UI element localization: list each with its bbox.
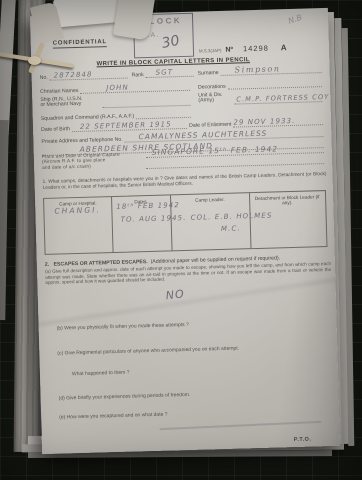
handwritten-date-of-enlistment: 29 NOV 1933. — [233, 117, 295, 127]
handwritten-dates-line2: TO. AUG 1945. — [121, 214, 187, 224]
dotted-line — [146, 156, 324, 169]
document-photo: CONFIDENTIAL BLOCK Nº B.A. 30 M.S.3(JAP)… — [0, 0, 362, 480]
handwritten-unit: C.M.P. FORTRESS COY — [236, 93, 329, 104]
question-d: (d) Give briefly your experiences during… — [59, 392, 191, 402]
field-label: Decorations — [198, 84, 228, 91]
handwritten-answer-no: NO — [165, 287, 185, 302]
table-header-camp-leader: Camp Leader. — [171, 196, 250, 204]
handwritten-camp-leader-line2: M.C. — [221, 224, 241, 233]
field-christian-names: Christian Names JOHN — [40, 83, 190, 95]
questionnaire-page: CONFIDENTIAL BLOCK Nº B.A. 30 M.S.3(JAP)… — [30, 8, 340, 454]
form-reference: M.S.3(JAP)Nº14298A — [199, 37, 287, 57]
field-label: Date of Enlistment — [189, 122, 234, 129]
ship-label-line2: or Merchant Navy — [40, 101, 81, 108]
dotted-line — [228, 79, 322, 90]
field-capture-label: Place and Date of Original Capture (Airc… — [42, 151, 146, 170]
camps-table: Camp or Hospital. Dates. Camp Leader. De… — [43, 190, 327, 255]
handwritten-rank: SGT — [156, 68, 174, 76]
pencil-note: N.B — [287, 13, 303, 26]
section2-number: 2. — [45, 262, 49, 268]
classification-label: CONFIDENTIAL — [53, 39, 107, 49]
question-c2: What happened to them ? — [72, 370, 130, 378]
dotted-line: Simpson — [221, 65, 322, 76]
stamp-handwritten-value: 30 — [160, 33, 181, 52]
background-paper-edge — [0, 120, 9, 320]
question-c: (c) Give Regimental particulars of anyon… — [57, 346, 239, 357]
section1-intro: 1. What camps, detachments or hospitals … — [43, 172, 327, 192]
pencil-smudge — [159, 421, 321, 430]
handwritten-date-of-birth: 22 SEPTEMBER 1915 — [80, 120, 172, 131]
capture-label-line3: and date of a/c crash) — [42, 163, 91, 169]
handwritten-christian-names: JOHN — [106, 84, 129, 93]
field-label: Ship (R.N., U.S.N.or Merchant Navy — [40, 96, 102, 109]
dotted-line — [136, 110, 191, 120]
field-capture-line2 — [146, 156, 324, 169]
unit-label-line2: (Army) — [198, 98, 214, 104]
dotted-line — [102, 98, 190, 108]
handwritten-service-no: 2872848 — [54, 71, 93, 80]
field-label: No. — [40, 75, 50, 81]
dotted-line: SGT — [146, 69, 194, 78]
handwritten-camp-leader: COL. E.B. HOLMES — [191, 212, 273, 222]
serial-number: 14298 — [243, 44, 269, 54]
field-service-no: No. 2872848 — [40, 71, 128, 81]
field-label: Christian Names — [40, 88, 80, 95]
series-letter: A — [281, 43, 287, 52]
dotted-line: 29 NOV 1933. — [233, 117, 323, 127]
field-surname: Surname Simpson — [197, 65, 321, 76]
field-rank: Rank SGT — [131, 69, 193, 79]
no-label: Nº — [225, 47, 233, 54]
field-label: Surname — [198, 70, 221, 77]
field-unit: Unit & Div.(Army) C.M.P. FORTRESS COY — [198, 90, 322, 105]
field-ship: Ship (R.N., U.S.N.or Merchant Navy — [40, 94, 190, 110]
question-e: (e) How were you recaptured and on what … — [59, 412, 168, 421]
field-label: Unit & Div.(Army) — [198, 93, 234, 105]
field-date-of-enlistment: Date of Enlistment 29 NOV 1933. — [189, 117, 323, 129]
dotted-line: JOHN — [80, 83, 190, 94]
field-decorations: Decorations — [198, 79, 322, 90]
question-b: (b) Were you physically fit when you mad… — [57, 322, 189, 332]
pto-label: P.T.O. — [294, 437, 312, 443]
field-label: Rank — [132, 72, 146, 78]
handwritten-address-line1: CAMALYNESS AUCHTERLESS — [138, 129, 267, 142]
ref-code: M.S.3(JAP) — [199, 48, 222, 54]
handwritten-surname: Simpson — [234, 64, 280, 74]
handwritten-camp: CHANGI. — [54, 205, 101, 215]
table-header-detachment-leader: Detachment or Block Leader (if any). — [249, 194, 325, 207]
dotted-line: 2872848 — [50, 71, 128, 81]
dotted-line: C.M.P. FORTRESS COY — [234, 94, 322, 104]
string-knot — [28, 56, 41, 65]
field-label: Date of Birth — [41, 126, 72, 133]
